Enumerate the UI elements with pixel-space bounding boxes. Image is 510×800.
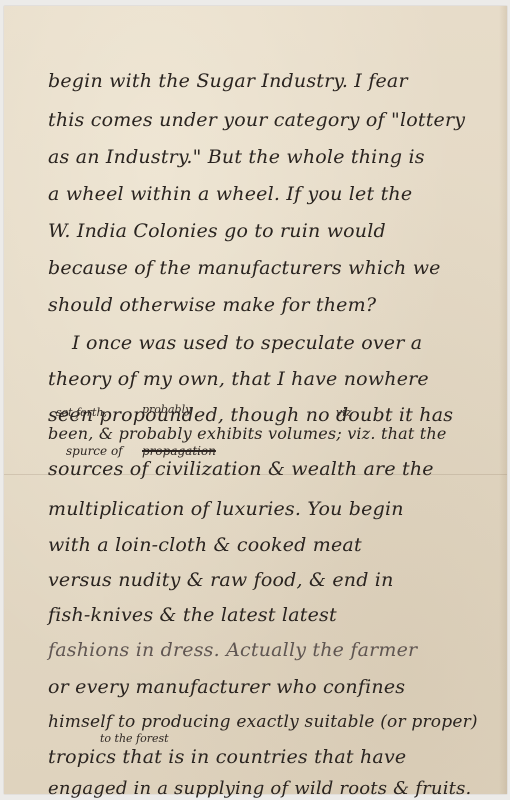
manuscript-line: W. India Colonies go to ruin would [48,220,386,242]
manuscript-line: versus nudity & raw food, & end in [48,569,394,591]
manuscript-line: multiplication of luxuries. You begin [48,498,404,520]
manuscript-line: fashions in dress. Actually the farmer [48,639,417,661]
struck-word: propagation [142,444,216,458]
manuscript-line: I once was used to speculate over a [72,332,422,354]
insertion-note: spurce of [66,444,123,458]
manuscript-line: or every manufacturer who confines [48,676,405,698]
manuscript-line: tropics that is in countries that have [48,746,406,768]
manuscript-line: theory of my own, that I have nowhere [48,368,429,390]
manuscript-line: begin with the Sugar Industry. I fear [48,70,408,92]
page-edge-shadow [499,6,507,794]
manuscript-line: fish-knives & the latest latest [48,604,337,626]
manuscript-line: a wheel within a wheel. If you let the [48,183,412,205]
manuscript-line: engaged in a supplying of wild roots & f… [48,778,471,799]
manuscript-page: begin with the Sugar Industry. I fear th… [4,6,507,794]
insertion-note: set forth, [56,406,107,419]
manuscript-line: seen propounded, though no doubt it has [48,404,453,426]
insertion-note: viz [336,406,352,419]
manuscript-line: himself to producing exactly suitable (o… [48,712,478,732]
insertion-note: to the forest [100,732,169,745]
manuscript-line: been, & probably exhibits volumes; viz. … [48,424,447,443]
manuscript-line: should otherwise make for them? [48,294,376,316]
scan-background: begin with the Sugar Industry. I fear th… [0,0,510,800]
manuscript-line: as an Industry." But the whole thing is [48,146,425,168]
insertion-note: probably [142,403,191,416]
manuscript-line: with a loin-cloth & cooked meat [48,534,362,556]
manuscript-line: because of the manufacturers which we [48,257,441,279]
manuscript-line: this comes under your category of "lotte… [48,109,465,131]
manuscript-line: sources of civilization & wealth are the [48,458,434,480]
